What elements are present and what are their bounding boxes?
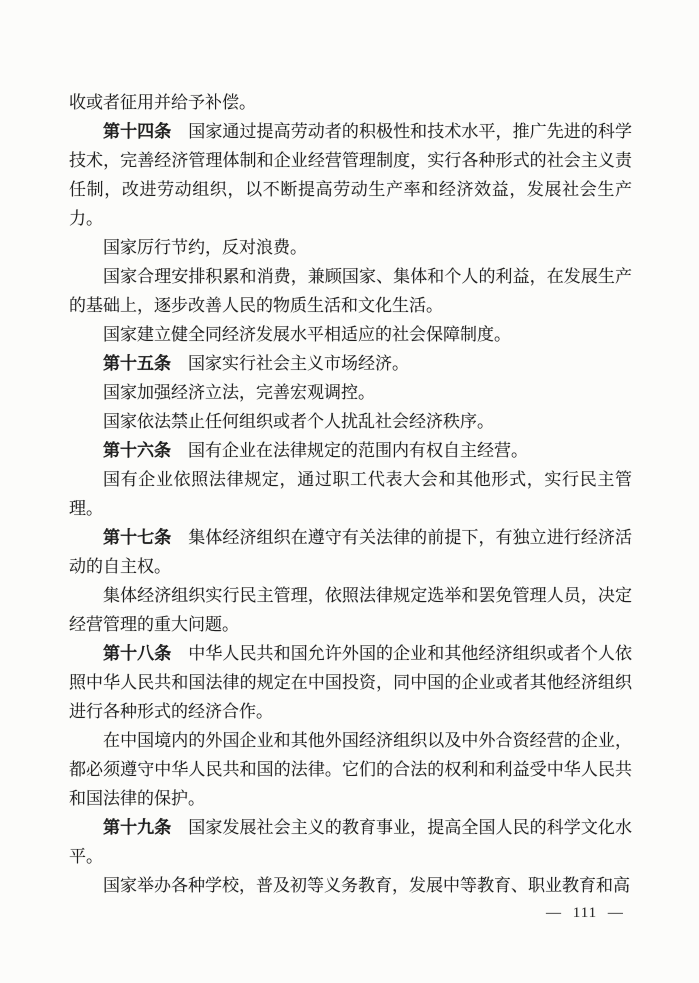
paragraph: 国家厉行节约，反对浪费。 (69, 233, 632, 262)
paragraph-text: 国家合理安排积累和消费，兼顾国家、集体和个人的利益，在发展生产的基础上，逐步改善… (69, 267, 632, 315)
paragraph-text: 在中国境内的外国企业和其他外国经济组织以及中外合资经营的企业，都必须遵守中华人民… (69, 731, 632, 808)
paragraph-text: 国家建立健全同经济发展水平相适应的社会保障制度。 (103, 325, 511, 344)
article-paragraph: 第十七条集体经济组织在遵守有关法律的前提下，有独立进行经济活动的自主权。 (69, 523, 632, 581)
paragraph: 国家建立健全同经济发展水平相适应的社会保障制度。 (69, 320, 632, 349)
paragraph-text: 收或者征用并给予补偿。 (69, 93, 256, 112)
paragraph-text: 国家厉行节约，反对浪费。 (103, 238, 307, 257)
paragraph-text: 国家依法禁止任何组织或者个人扰乱社会经济秩序。 (103, 412, 494, 431)
paragraph-text: 国家举办各种学校，普及初等义务教育，发展中等教育、职业教育和高 (103, 876, 630, 895)
article-paragraph: 第十四条国家通过提高劳动者的积极性和技术水平，推广先进的科学技术，完善经济管理体… (69, 117, 632, 233)
article-number-label: 第十七条 (103, 528, 171, 547)
paragraph: 国家举办各种学校，普及初等义务教育，发展中等教育、职业教育和高 (69, 871, 632, 900)
page-number: — 111 — (546, 903, 624, 923)
article-number-label: 第十九条 (103, 818, 171, 837)
paragraph: 国家合理安排积累和消费，兼顾国家、集体和个人的利益，在发展生产的基础上，逐步改善… (69, 262, 632, 320)
article-paragraph: 第十六条国有企业在法律规定的范围内有权自主经营。 (69, 436, 632, 465)
paragraph: 国家加强经济立法，完善宏观调控。 (69, 378, 632, 407)
paragraph-text: 国有企业在法律规定的范围内有权自主经营。 (188, 441, 528, 460)
paragraph-text: 国家加强经济立法，完善宏观调控。 (103, 383, 375, 402)
paragraph-text: 国有企业依照法律规定，通过职工代表大会和其他形式，实行民主管理。 (69, 470, 632, 518)
article-paragraph: 第十九条国家发展社会主义的教育事业，提高全国人民的科学文化水平。 (69, 813, 632, 871)
paragraph-text: 国家实行社会主义市场经济。 (188, 354, 409, 373)
article-number-label: 第十四条 (103, 122, 171, 141)
article-paragraph: 第十五条国家实行社会主义市场经济。 (69, 349, 632, 378)
paragraph: 收或者征用并给予补偿。 (69, 88, 632, 117)
paragraph: 集体经济组织实行民主管理，依照法律规定选举和罢免管理人员，决定经营管理的重大问题… (69, 581, 632, 639)
paragraph-text: 集体经济组织实行民主管理，依照法律规定选举和罢免管理人员，决定经营管理的重大问题… (69, 586, 632, 634)
document-sheet: 收或者征用并给予补偿。第十四条国家通过提高劳动者的积极性和技术水平，推广先进的科… (0, 0, 699, 983)
paragraph: 国有企业依照法律规定，通过职工代表大会和其他形式，实行民主管理。 (69, 465, 632, 523)
text-block: 收或者征用并给予补偿。第十四条国家通过提高劳动者的积极性和技术水平，推广先进的科… (69, 88, 632, 900)
article-paragraph: 第十八条中华人民共和国允许外国的企业和其他经济组织或者个人依照中华人民共和国法律… (69, 639, 632, 726)
paragraph: 在中国境内的外国企业和其他外国经济组织以及中外合资经营的企业，都必须遵守中华人民… (69, 726, 632, 813)
article-number-label: 第十八条 (103, 644, 171, 663)
article-number-label: 第十五条 (103, 354, 171, 373)
article-number-label: 第十六条 (103, 441, 171, 460)
paragraph: 国家依法禁止任何组织或者个人扰乱社会经济秩序。 (69, 407, 632, 436)
